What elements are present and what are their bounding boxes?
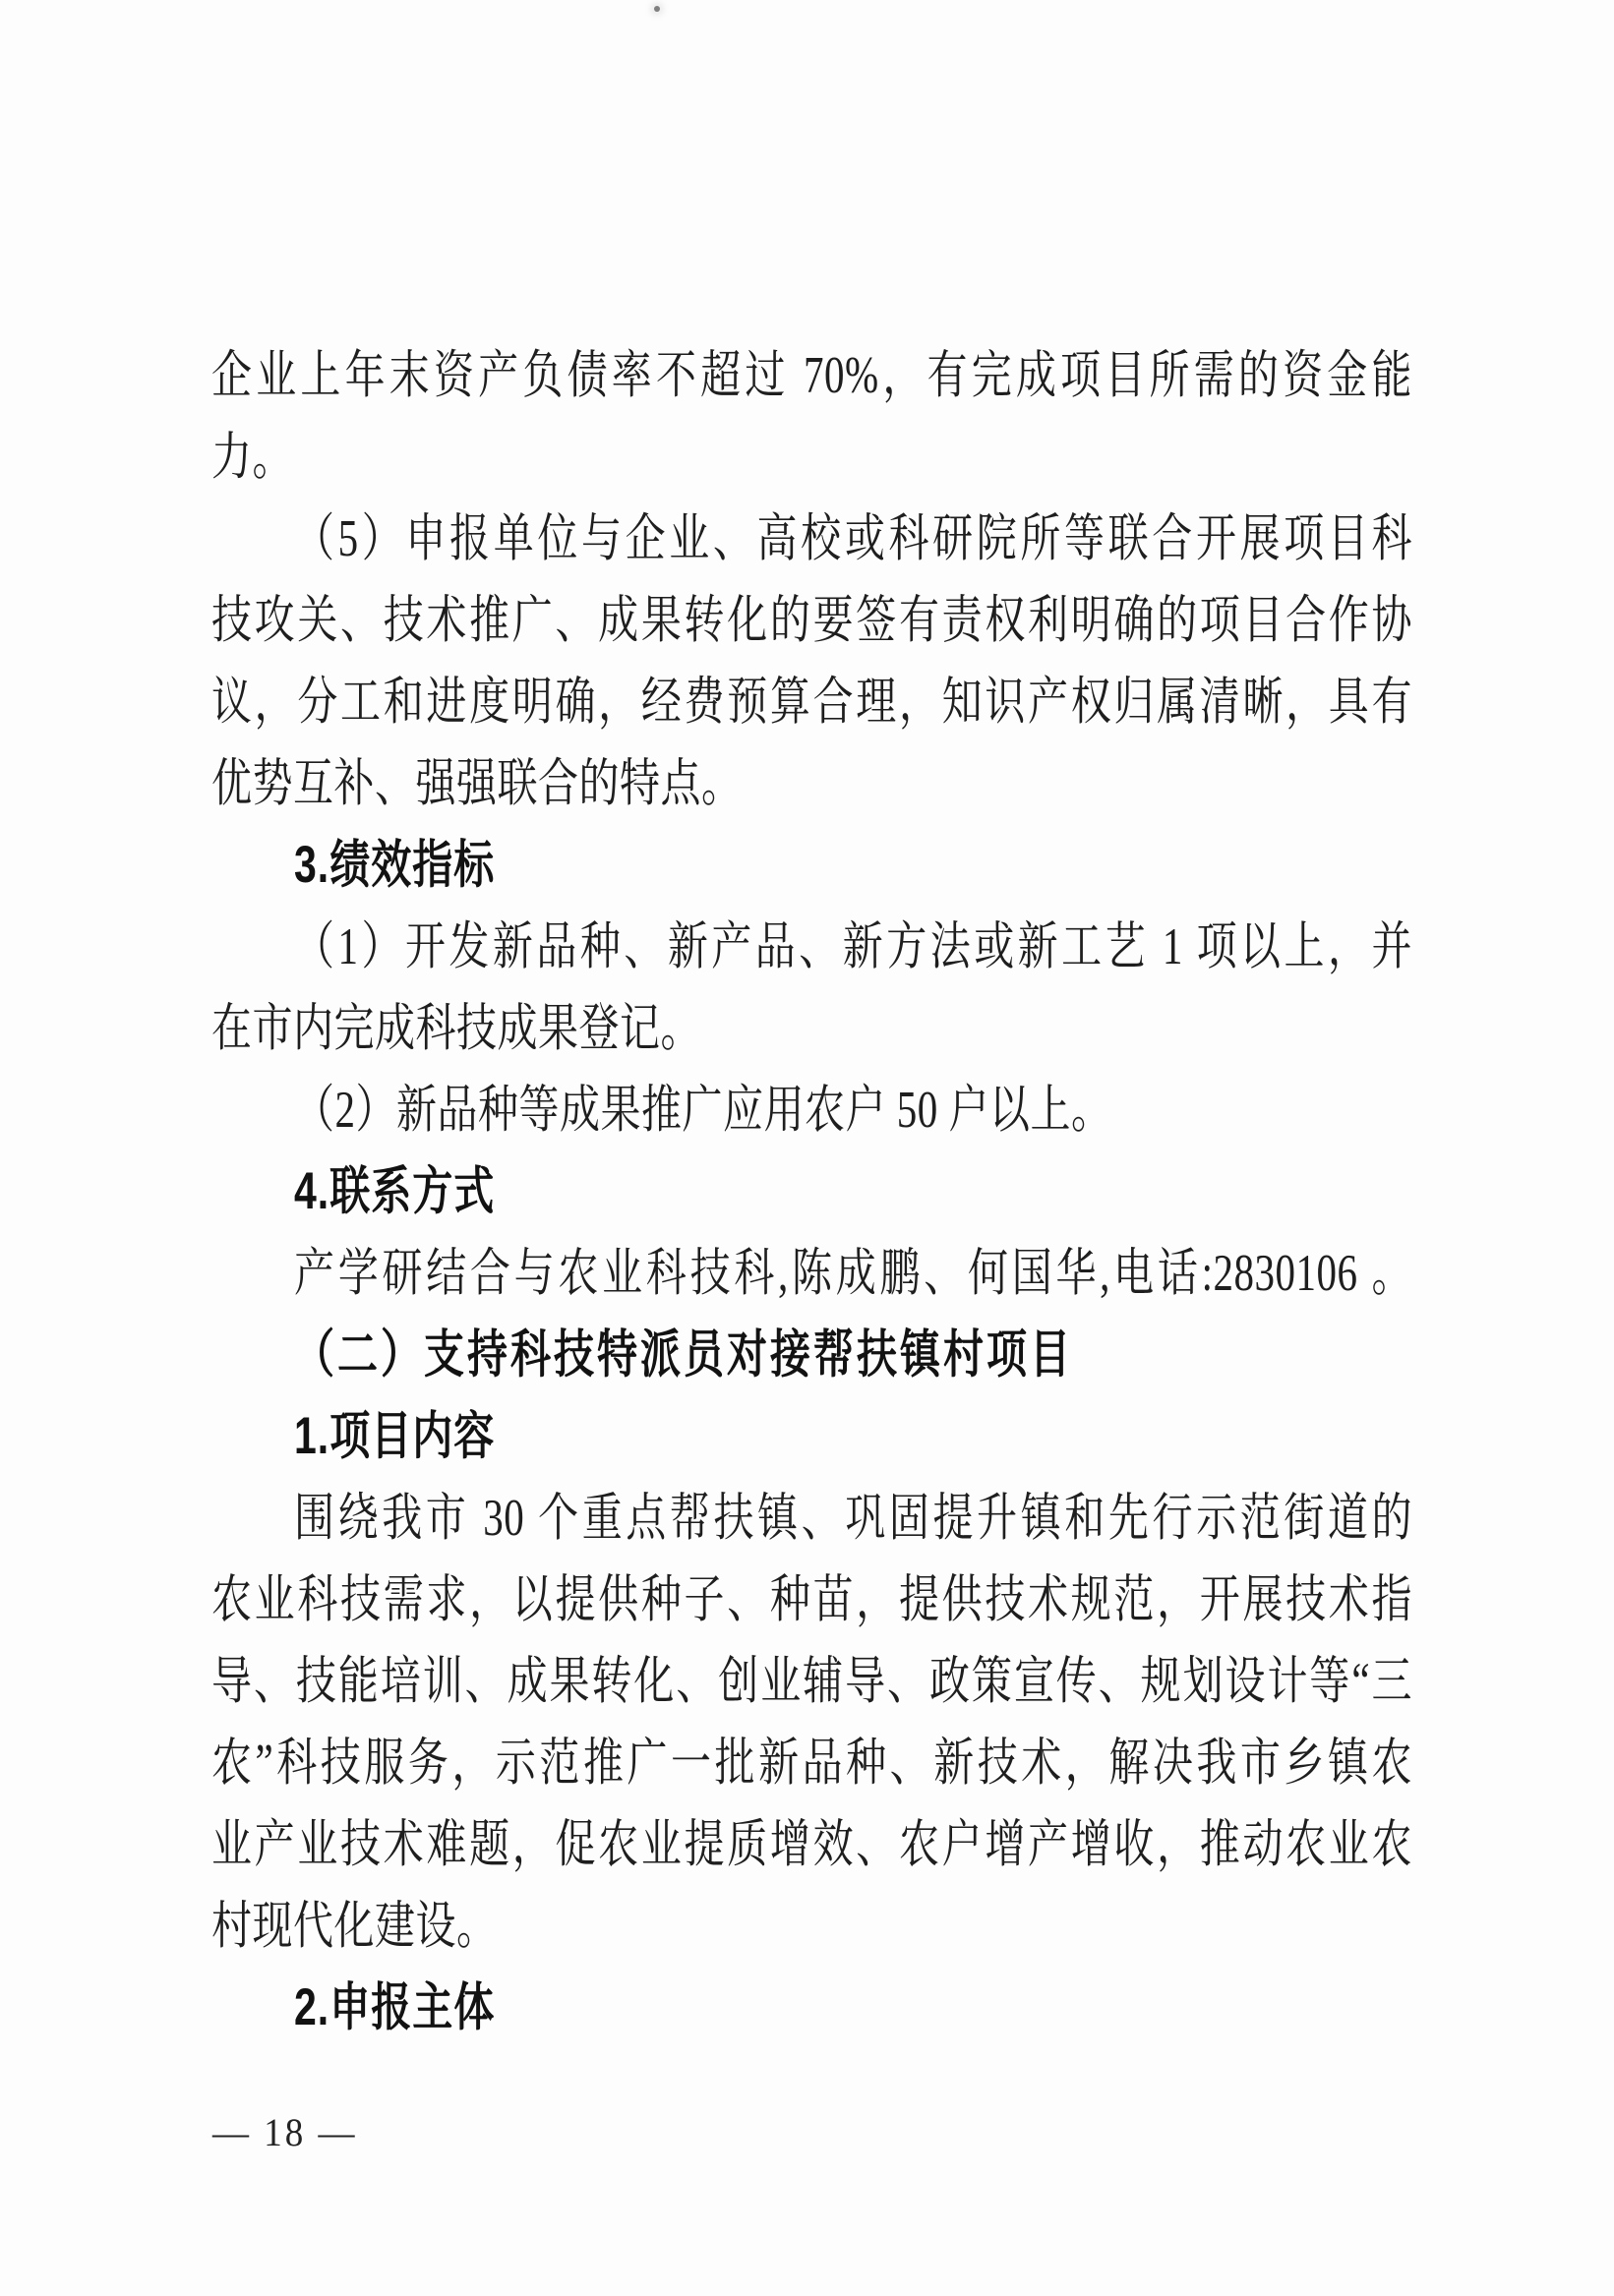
document-body: 企业上年末资产负债率不超过 70%，有完成项目所需的资金能 力。 （5）申报单位… bbox=[211, 334, 1412, 2048]
document-page: 企业上年末资产负债率不超过 70%，有完成项目所需的资金能 力。 （5）申报单位… bbox=[0, 0, 1614, 2296]
page-number: — 18 — bbox=[212, 2110, 358, 2156]
heading-line: 2.申报主体 bbox=[211, 1955, 1412, 2059]
scan-artifact-dot bbox=[654, 6, 660, 12]
